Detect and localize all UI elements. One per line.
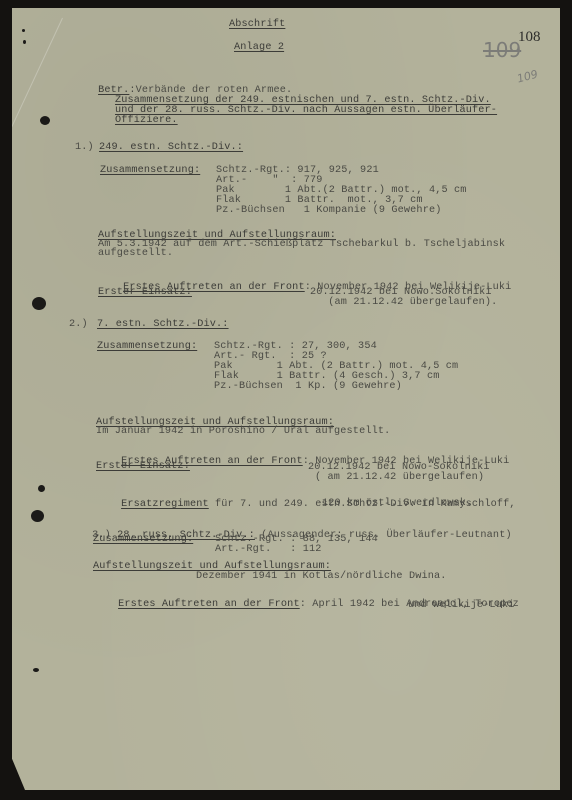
subject-desc-line: Offiziere. xyxy=(115,115,178,126)
paper-crease xyxy=(11,18,63,127)
formation-line: Dezember 1941 in Kotlas/nördliche Dwina. xyxy=(196,571,447,582)
composition-line: Pz.-Büchsen 1 Kompanie (9 Gewehre) xyxy=(216,205,442,216)
punch-hole xyxy=(31,510,44,522)
composition-line: Pz.-Büchsen 1 Kp. (9 Gewehre) xyxy=(214,381,402,392)
pencil-signature: 109 xyxy=(516,68,540,86)
composition-line: Art.-Rgt. : 112 xyxy=(215,544,321,555)
document-page: Abschrift Anlage 2 108 109 109 Betr.:Ver… xyxy=(12,8,560,790)
punch-mark xyxy=(22,29,25,32)
composition-label: Zusammensetzung: xyxy=(93,534,193,545)
section-title: 249. estn. Schtz.-Div.: xyxy=(99,142,243,153)
replacement-line: 120 km östl. Swerdlowsk. xyxy=(322,498,472,509)
punch-hole xyxy=(40,116,50,125)
section-title: 7. estn. Schtz.-Div.: xyxy=(97,319,229,330)
section-number: 1.) xyxy=(75,142,94,153)
section-number: 2.) xyxy=(69,319,88,330)
page-number-stamp: 108 xyxy=(518,29,541,46)
pencil-number: 109 xyxy=(483,38,521,62)
formation-line: aufgestellt. xyxy=(98,248,173,259)
first-front-label: Erstes Auftreten an der Front xyxy=(118,599,300,610)
punch-hole xyxy=(38,485,45,492)
replacement-label: Ersatzregiment xyxy=(121,499,209,510)
document-title: Abschrift xyxy=(229,19,285,30)
composition-label: Zusammensetzung: xyxy=(97,341,197,352)
formation-line: Im Januar 1942 in Poroshino / Ural aufge… xyxy=(96,426,390,437)
punch-hole xyxy=(32,297,46,310)
first-front-continuation: und Welikije-Luki xyxy=(408,600,514,611)
document-subtitle: Anlage 2 xyxy=(234,42,284,53)
first-action-line: (am 21.12.42 übergelaufen). xyxy=(322,297,497,308)
punch-mark xyxy=(33,668,39,672)
first-action-line: ( am 21.12.42 übergelaufen) xyxy=(315,472,484,483)
composition-label: Zusammensetzung: xyxy=(100,165,200,176)
first-action-label: Erster Einsatz: xyxy=(96,461,190,472)
punch-mark xyxy=(23,40,26,44)
first-action-label: Erster Einsatz: xyxy=(98,287,192,298)
